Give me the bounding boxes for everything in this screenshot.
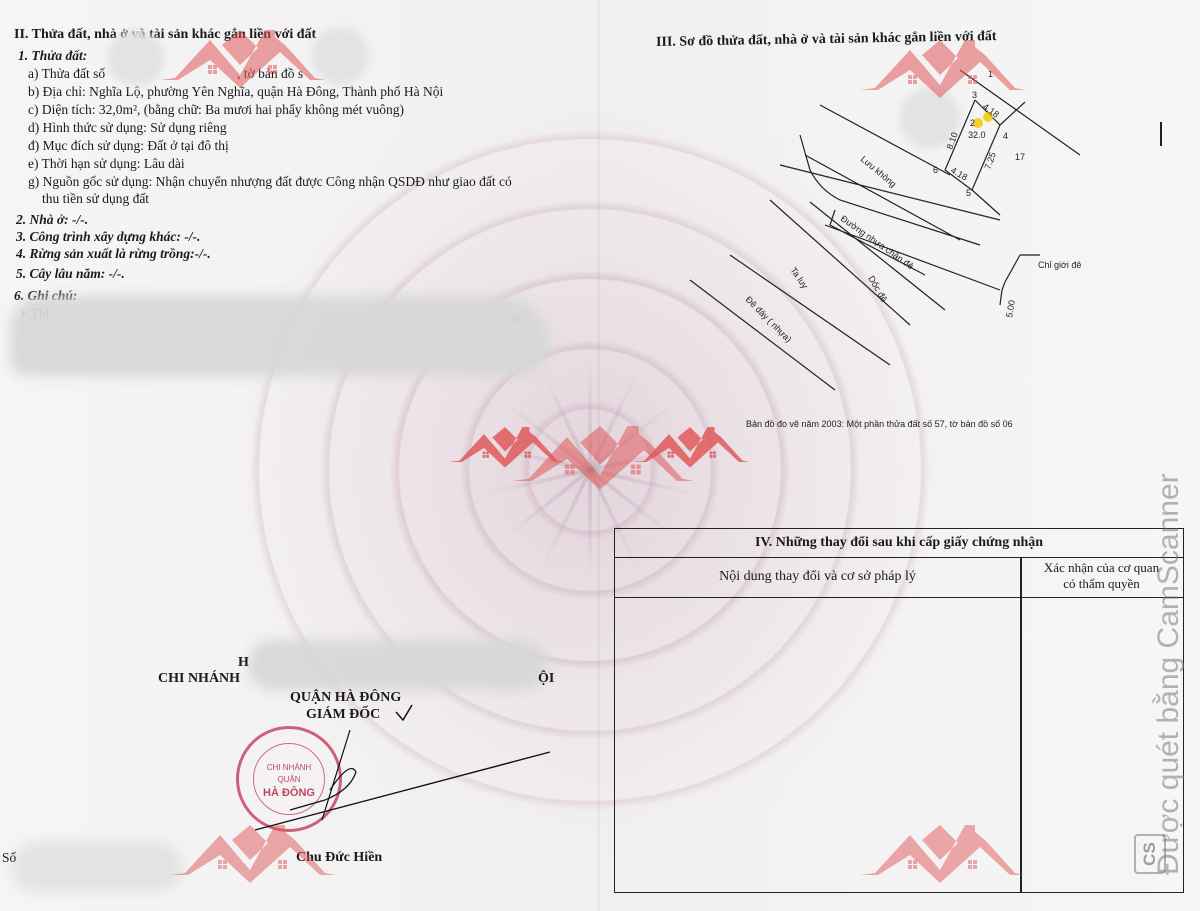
point-4: 4	[1003, 131, 1008, 141]
dim-right: 7.25	[982, 151, 997, 171]
changes-table-title: IV. Những thay đổi sau khi cấp giấy chứn…	[615, 529, 1183, 558]
camscanner-logo-icon: CS	[1134, 834, 1166, 874]
label-offset: 5.00	[1004, 299, 1017, 318]
point-6: 6	[933, 165, 938, 175]
column-divider	[1020, 557, 1022, 892]
camscanner-watermark: Được quét bằng CamScanner	[1152, 473, 1186, 875]
parcel-area: 32.0	[968, 130, 986, 140]
point-5: 5	[966, 188, 971, 198]
parcel-diagram: 2 32.0 3 4 5 6 4.18 8.10 4.18 7.25 17 1 …	[660, 60, 1120, 420]
parcel-number: 2	[970, 118, 975, 128]
neighbor-17: 17	[1015, 152, 1025, 162]
label-chi-gioi-de: Chỉ giới đê	[1038, 260, 1081, 270]
camscanner-badge-text: CS	[1140, 842, 1160, 866]
parcel-sketch: 2 32.0 3 4 5 6 4.18 8.10 4.18 7.25 17 1 …	[660, 60, 1120, 420]
edge-mark	[1160, 122, 1162, 146]
label-luu-khong: Lưu không	[859, 154, 898, 189]
changes-table: IV. Những thay đổi sau khi cấp giấy chứn…	[614, 528, 1184, 893]
map-caption: Bản đồ đo vẽ năm 2003: Một phần thửa đất…	[746, 419, 1013, 429]
point-3: 3	[972, 90, 977, 100]
header-change-content: Nội dung thay đổi và cơ sở pháp lý	[615, 557, 1020, 597]
label-de-day: Đê đáy ( nhựa)	[744, 294, 794, 344]
label-ta-luy: Ta luy	[788, 265, 810, 290]
label-duong-nhua: Đường nhựa chân đê	[839, 213, 916, 271]
neighbor-1: 1	[988, 69, 993, 79]
